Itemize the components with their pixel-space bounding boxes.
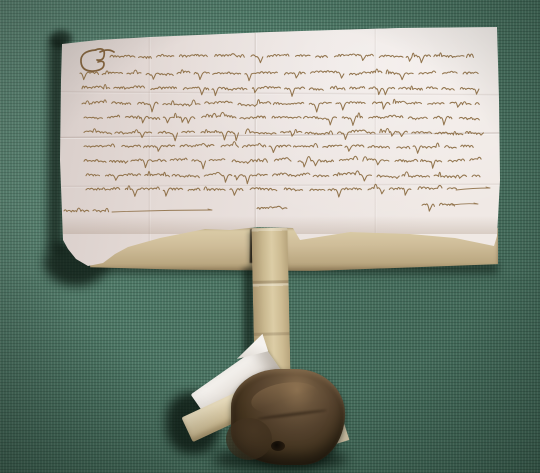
crease-line xyxy=(58,132,500,140)
seal-hole xyxy=(271,441,285,451)
wax-seal xyxy=(231,369,345,465)
crease-line xyxy=(58,183,500,188)
seal-ridge xyxy=(257,409,327,421)
photo-medieval-charter xyxy=(0,0,540,473)
crease-line xyxy=(58,90,500,96)
